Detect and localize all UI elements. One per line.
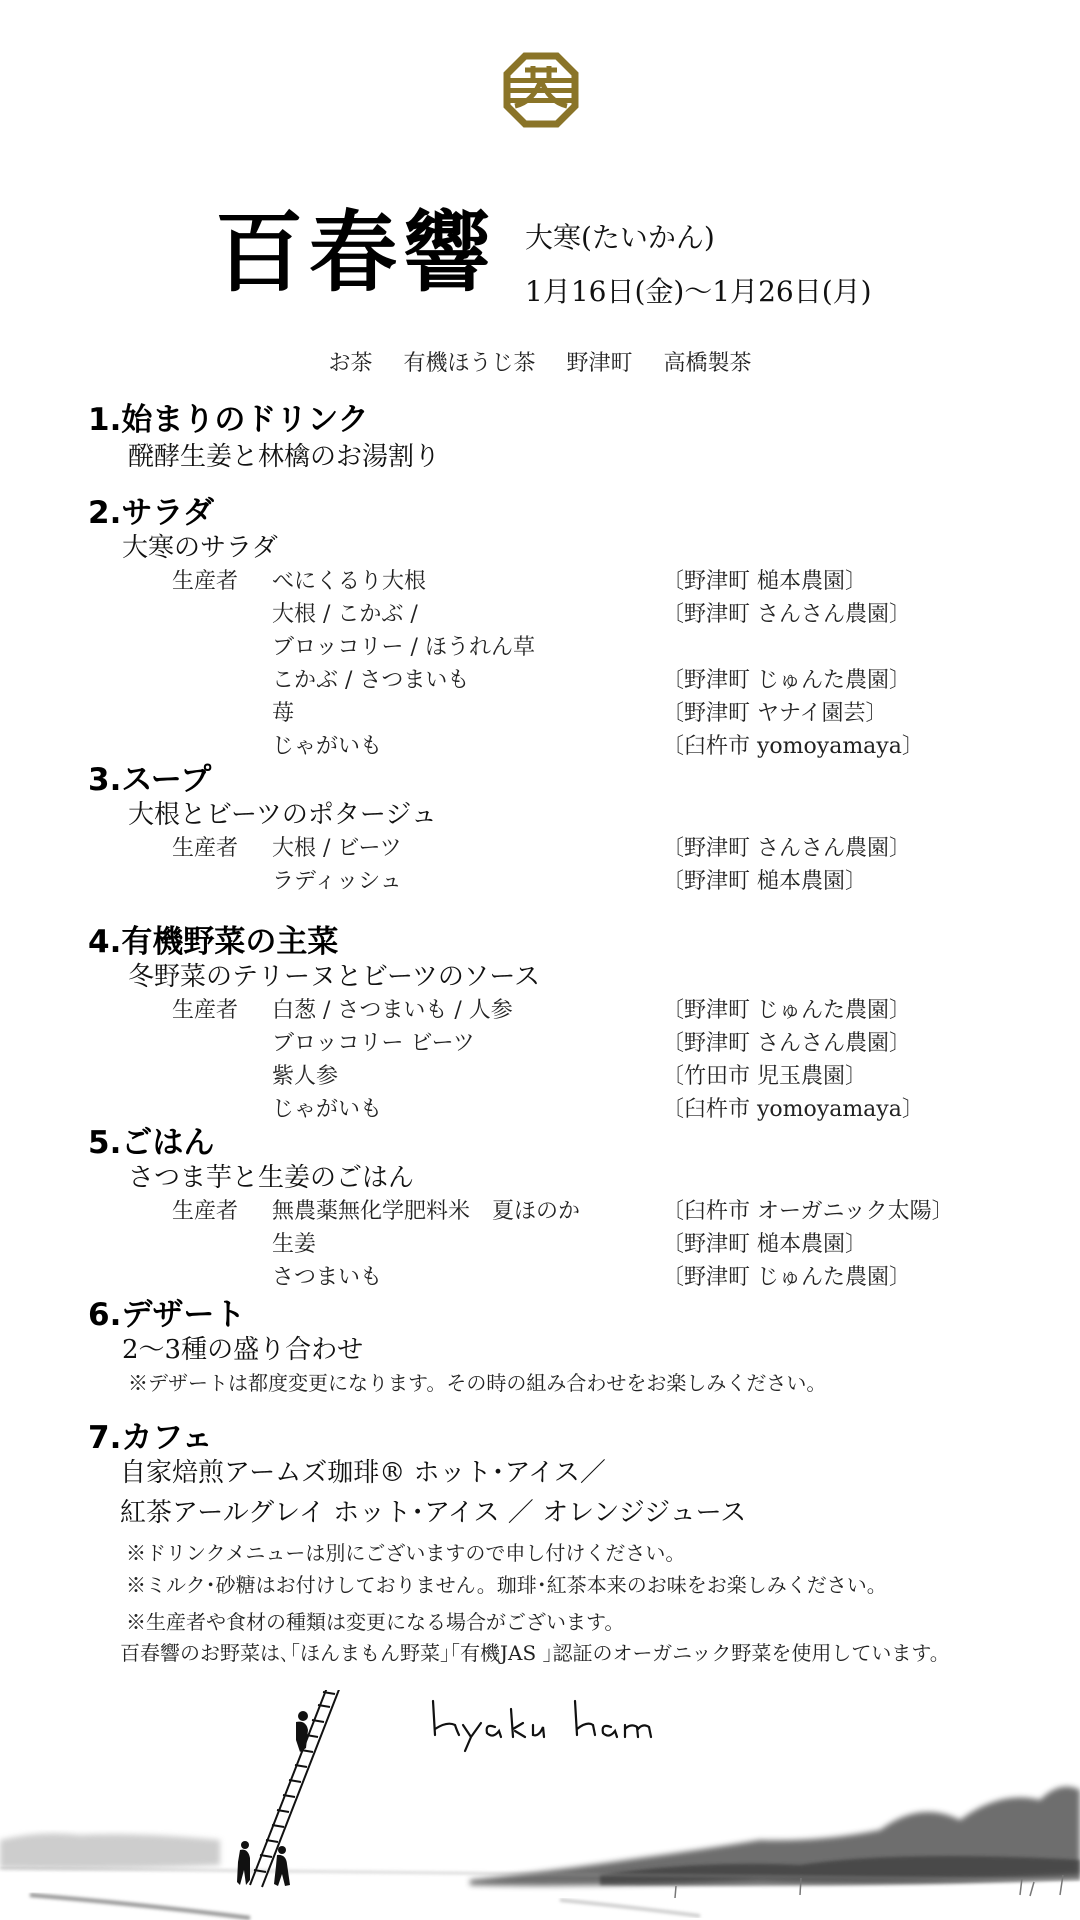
section-heading-main: 4.有機野菜の主菜 <box>88 927 338 958</box>
cafe-note: ※ミルク･砂糖はお付けしておりません。珈琲･紅茶本来のお味をお楽しみください。 <box>126 1575 887 1595</box>
producer-farm: 〔野津町 さんさん農園〕 <box>662 1033 911 1055</box>
section-heading-drink: 1.始まりのドリンク <box>88 405 369 436</box>
producer-label: 生産者 <box>172 571 238 593</box>
dish-rice: さつま芋と生姜のごはん <box>128 1165 414 1191</box>
producer-item: 大根 / こかぶ / <box>272 604 418 626</box>
producer-item: 無農薬無化学肥料米 夏ほのか <box>272 1201 580 1223</box>
producer-item: ブロッコリー / ほうれん草 <box>272 637 535 659</box>
dish-soup: 大根とビーツのポタージュ <box>128 802 437 828</box>
producer-farm: 〔竹田市 児玉農園〕 <box>662 1066 867 1088</box>
dessert-note: ※デザートは都度変更になります。その時の組み合わせをお楽しみください。 <box>128 1373 826 1393</box>
dish-salad: 大寒のサラダ <box>122 535 278 561</box>
hyaku-haru-signature-icon <box>425 1695 655 1755</box>
producer-farm: 〔野津町 槌本農園〕 <box>662 871 867 893</box>
producer-item: 大根 / ビーツ <box>272 838 402 860</box>
producer-farm: 〔臼杵市 yomoyamaya〕 <box>662 736 924 758</box>
producer-item: 白葱 / さつまいも / 人参 <box>272 1000 513 1022</box>
dish-main: 冬野菜のテリーヌとビーツのソース <box>128 964 540 990</box>
producer-label: 生産者 <box>172 838 238 860</box>
producer-farm: 〔野津町 じゅんた農園〕 <box>662 1267 911 1289</box>
producer-farm: 〔野津町 じゅんた農園〕 <box>662 670 911 692</box>
cafe-note: ※ドリンクメニューは別にございますので申し付けください。 <box>126 1543 685 1563</box>
producer-farm: 〔野津町 槌本農園〕 <box>662 1234 867 1256</box>
producer-farm: 〔野津町 さんさん農園〕 <box>662 838 911 860</box>
tea-town: 野津町 <box>567 351 633 376</box>
cafe-line: 紅茶アールグレイ ホット･アイス ／ オレンジジュース <box>120 1500 746 1526</box>
producer-item: こかぶ / さつまいも <box>272 670 469 692</box>
producer-item: べにくるり大根 <box>272 571 426 593</box>
producer-label: 生産者 <box>172 1201 238 1223</box>
organic-statement: 百春響のお野菜は､｢ほんまもん野菜｣｢有機JAS ｣認証のオーガニック野菜を使用… <box>120 1643 950 1663</box>
tea-line: お茶 有機ほうじ茶 野津町 高橋製茶 <box>0 346 1080 377</box>
section-heading-cafe: 7.カフェ <box>88 1423 213 1454</box>
producer-label: 生産者 <box>172 1000 238 1022</box>
section-heading-rice: 5.ごはん <box>88 1128 214 1159</box>
producer-farm: 〔野津町 ヤナイ園芸〕 <box>662 703 887 725</box>
section-heading-soup: 3.スープ <box>88 765 211 796</box>
producer-item: 生姜 <box>272 1234 316 1256</box>
tea-name: 有機ほうじ茶 <box>403 351 535 376</box>
producer-item: さつまいも <box>272 1267 382 1289</box>
producer-farm: 〔臼杵市 オーガニック太陽〕 <box>662 1201 954 1223</box>
producer-item: じゃがいも <box>272 1099 382 1121</box>
producer-item: 紫人参 <box>272 1066 338 1088</box>
octagon-crest-logo-icon <box>503 52 579 128</box>
tea-label: お茶 <box>328 351 372 376</box>
date-range: 1月16日(金)〜1月26日(月) <box>525 270 872 310</box>
producer-farm: 〔野津町 さんさん農園〕 <box>662 604 911 626</box>
producer-item: 苺 <box>272 703 294 725</box>
section-heading-salad: 2.サラダ <box>88 498 214 529</box>
dish-drink: 醗酵生姜と林檎のお湯割り <box>128 444 440 470</box>
dish-dessert: 2〜3種の盛り合わせ <box>122 1337 363 1363</box>
change-notice: ※生産者や食材の種類は変更になる場合がございます。 <box>126 1612 624 1632</box>
producer-item: ラディッシュ <box>272 871 402 893</box>
restaurant-title: 百春響 <box>215 208 497 296</box>
producer-farm: 〔野津町 槌本農園〕 <box>662 571 867 593</box>
producer-item: ブロッコリー ビーツ <box>272 1033 475 1055</box>
section-heading-dessert: 6.デザート <box>88 1300 245 1331</box>
cafe-line: 自家焙煎アームズ珈琲® ホット･アイス／ <box>120 1460 606 1486</box>
producer-farm: 〔臼杵市 yomoyamaya〕 <box>662 1099 924 1121</box>
tea-producer: 高橋製茶 <box>664 351 752 376</box>
producer-farm: 〔野津町 じゅんた農園〕 <box>662 1000 911 1022</box>
producer-item: じゃがいも <box>272 736 382 758</box>
season-label: 大寒(たいかん) <box>525 216 715 256</box>
